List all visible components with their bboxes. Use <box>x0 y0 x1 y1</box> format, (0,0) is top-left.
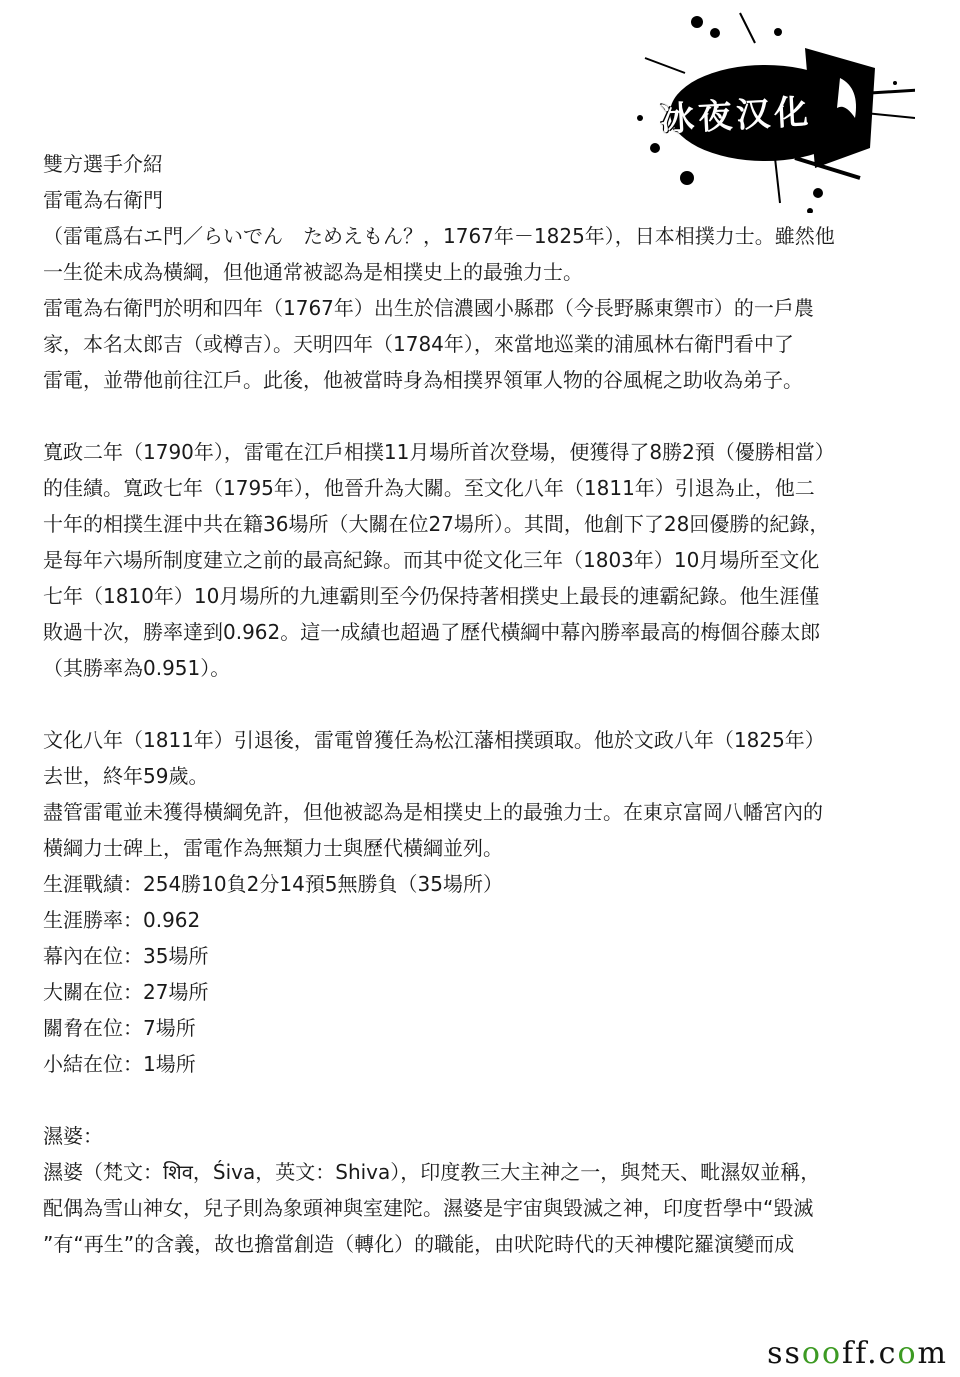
stat-row: 生涯勝率：0.962 <box>43 902 943 938</box>
paragraph-line: （雷電爲右エ門／らいでん ためえもん？，1767年－1825年），日本相撲力士。… <box>43 218 943 254</box>
paragraph-line: 盡管雷電並未獲得橫綱免許，但他被認為是相撲史上的最強力士。在東京富岡八幡宮內的 <box>43 794 943 830</box>
stat-value: 254勝10負2分14預5無勝負（35場所） <box>143 872 503 896</box>
paragraph-line: 雷電為右衛門於明和四年（1767年）出生於信濃國小縣郡（今長野縣東禦市）的一戶農 <box>43 290 943 326</box>
paragraph-line: 去世，終年59歲。 <box>43 758 943 794</box>
paragraph-line: 七年（1810年）10月場所的九連霸則至今仍保持著相撲史上最長的連霸紀錄。他生涯… <box>43 578 943 614</box>
stat-value: 1場所 <box>143 1052 196 1076</box>
stat-value: 27場所 <box>143 980 208 1004</box>
stat-separator: ： <box>123 908 143 932</box>
stat-separator: ： <box>123 872 143 896</box>
paragraph-line: （其勝率為0.951）。 <box>43 650 943 686</box>
paragraph-line: 配偶為雪山神女，兒子則為象頭神與室建陀。濕婆是宇宙與毀滅之神，印度哲學中“毀滅 <box>43 1190 943 1226</box>
stat-row: 小結在位：1場所 <box>43 1046 943 1082</box>
wrestler-name: 雷電為右衛門 <box>43 182 943 218</box>
stat-separator: ： <box>123 980 143 1004</box>
paragraph-line: 一生從未成為橫綱，但他通常被認為是相撲史上的最強力士。 <box>43 254 943 290</box>
paragraph-line: 橫綱力士碑上，雷電作為無類力士與歷代橫綱並列。 <box>43 830 943 866</box>
paragraph-line: 十年的相撲生涯中共在籍36場所（大關在位27場所）。其間，他創下了28回優勝的紀… <box>43 506 943 542</box>
document-body: 雙方選手介紹 雷電為右衛門 （雷電爲右エ門／らいでん ためえもん？，1767年－… <box>43 146 943 1262</box>
stat-row: 幕內在位：35場所 <box>43 938 943 974</box>
stat-value: 0.962 <box>143 908 200 932</box>
stat-row: 關脅在位：7場所 <box>43 1010 943 1046</box>
stat-label: 大關在位 <box>43 980 123 1004</box>
shiva-title: 濕婆： <box>43 1118 943 1154</box>
stat-value: 7場所 <box>143 1016 196 1040</box>
paragraph-line: 是每年六場所制度建立之前的最高紀錄。而其中從文化三年（1803年）10月場所至文… <box>43 542 943 578</box>
stat-label: 小結在位 <box>43 1052 123 1076</box>
stat-row: 生涯戰績：254勝10負2分14預5無勝負（35場所） <box>43 866 943 902</box>
paragraph-gap <box>43 398 943 434</box>
paragraph-line: 文化八年（1811年）引退後，雷電曾獲任為松江藩相撲頭取。他於文政八年（1825… <box>43 722 943 758</box>
paragraph-line: 濕婆（梵文：शिव，Śiva，英文：Shiva），印度教三大主神之一，與梵天、毗… <box>43 1154 943 1190</box>
section-heading: 雙方選手介紹 <box>43 146 943 182</box>
stat-label: 生涯戰績 <box>43 872 123 896</box>
stat-row: 大關在位：27場所 <box>43 974 943 1010</box>
paragraph-gap <box>43 686 943 722</box>
paragraph-gap <box>43 1082 943 1118</box>
stat-separator: ： <box>123 944 143 968</box>
paragraph-line: ”有“再生”的含義，故也擔當創造（轉化）的職能，由吠陀時代的天神樓陀羅演變而成 <box>43 1226 943 1262</box>
paragraph-line: 寬政二年（1790年），雷電在江戶相撲11月場所首次登場，便獲得了8勝2預（優勝… <box>43 434 943 470</box>
stat-label: 幕內在位 <box>43 944 123 968</box>
paragraph-line: 雷電，並帶他前往江戶。此後，他被當時身為相撲界領軍人物的谷風梶之助收為弟子。 <box>43 362 943 398</box>
paragraph-line: 敗過十次，勝率達到0.962。這一成績也超過了歷代橫綱中幕內勝率最高的梅個谷藤太… <box>43 614 943 650</box>
logo-text: 冰夜汉化 <box>659 84 813 141</box>
stat-value: 35場所 <box>143 944 208 968</box>
stat-separator: ： <box>123 1016 143 1040</box>
stat-label: 關脅在位 <box>43 1016 123 1040</box>
site-watermark: ssooff.com <box>767 1336 948 1371</box>
paragraph-line: 的佳績。寬政七年（1795年），他晉升為大關。至文化八年（1811年）引退為止，… <box>43 470 943 506</box>
paragraph-line: 家，本名太郎吉（或樽吉）。天明四年（1784年），來當地巡業的浦風林右衛門看中了 <box>43 326 943 362</box>
stat-separator: ： <box>123 1052 143 1076</box>
stat-label: 生涯勝率 <box>43 908 123 932</box>
